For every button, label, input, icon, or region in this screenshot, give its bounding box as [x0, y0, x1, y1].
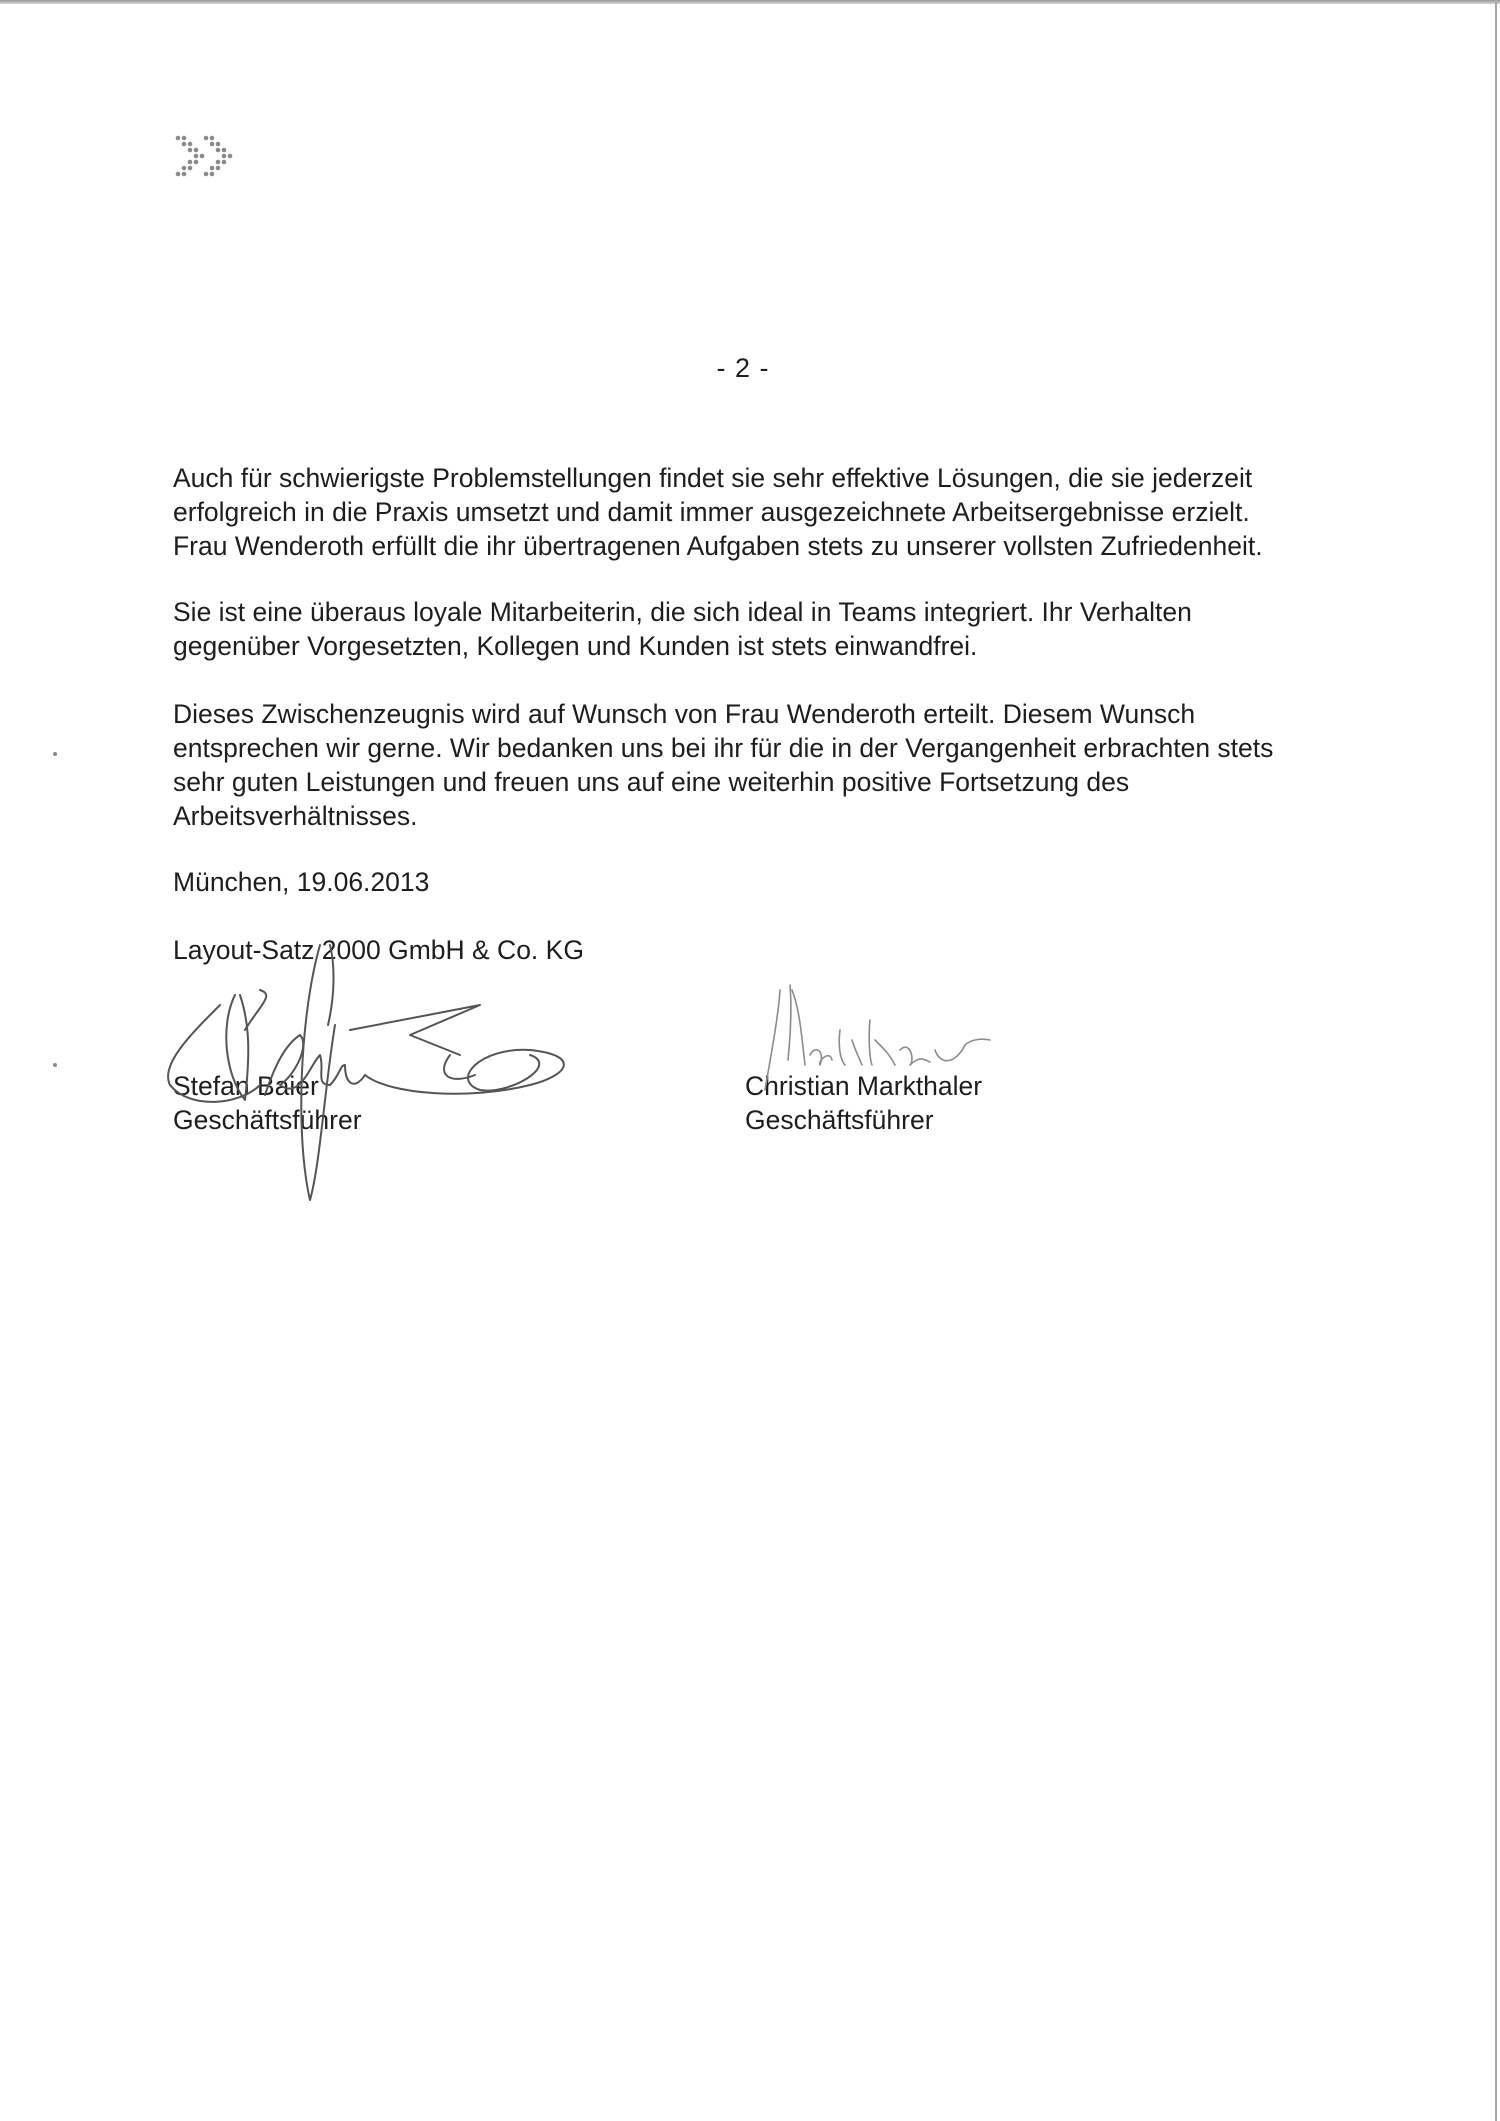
text-line: sehr guten Leistungen und freuen uns auf… — [173, 765, 1373, 799]
paragraph-behavior: Sie ist eine überaus loyale Mitarbeiteri… — [173, 595, 1373, 663]
text-line: entsprechen wir gerne. Wir bedanken uns … — [173, 731, 1373, 765]
text-line: Auch für schwierigste Problemstellungen … — [173, 461, 1373, 495]
text-line: gegenüber Vorgesetzten, Kollegen und Kun… — [173, 629, 1373, 663]
text-line: Sie ist eine überaus loyale Mitarbeiteri… — [173, 595, 1373, 629]
scan-edge-right — [1495, 0, 1497, 2121]
place-date: München, 19.06.2013 — [173, 865, 1373, 899]
text-line: Frau Wenderoth erfüllt die ihr übertrage… — [173, 529, 1373, 563]
paragraph-performance: Auch für schwierigste Problemstellungen … — [173, 461, 1373, 563]
company-name: Layout-Satz 2000 GmbH & Co. KG — [173, 933, 1373, 967]
signatory-name: Christian Markthaler — [745, 1069, 982, 1103]
text-line: erfolgreich in die Praxis umsetzt und da… — [173, 495, 1373, 529]
double-chevron-dots-icon — [175, 135, 235, 177]
signatory-title: Geschäftsführer — [745, 1103, 982, 1137]
page-number: - 2 - — [0, 353, 1486, 384]
paragraph-closing: Dieses Zwischenzeugnis wird auf Wunsch v… — [173, 697, 1373, 833]
scan-edge-top — [0, 0, 1500, 4]
signatory-title: Geschäftsführer — [173, 1103, 362, 1137]
text-line: Dieses Zwischenzeugnis wird auf Wunsch v… — [173, 697, 1373, 731]
signatory-left: Stefan Baier Geschäftsführer — [173, 1069, 362, 1137]
signatory-name: Stefan Baier — [173, 1069, 362, 1103]
scan-speck — [53, 752, 57, 756]
company-name-text: Layout-Satz 2000 GmbH & Co. KG — [173, 933, 1373, 967]
signatory-right: Christian Markthaler Geschäftsführer — [745, 1069, 982, 1137]
scan-speck — [53, 1063, 57, 1067]
place-date-text: München, 19.06.2013 — [173, 865, 1373, 899]
text-line: Arbeitsverhältnisses. — [173, 799, 1373, 833]
